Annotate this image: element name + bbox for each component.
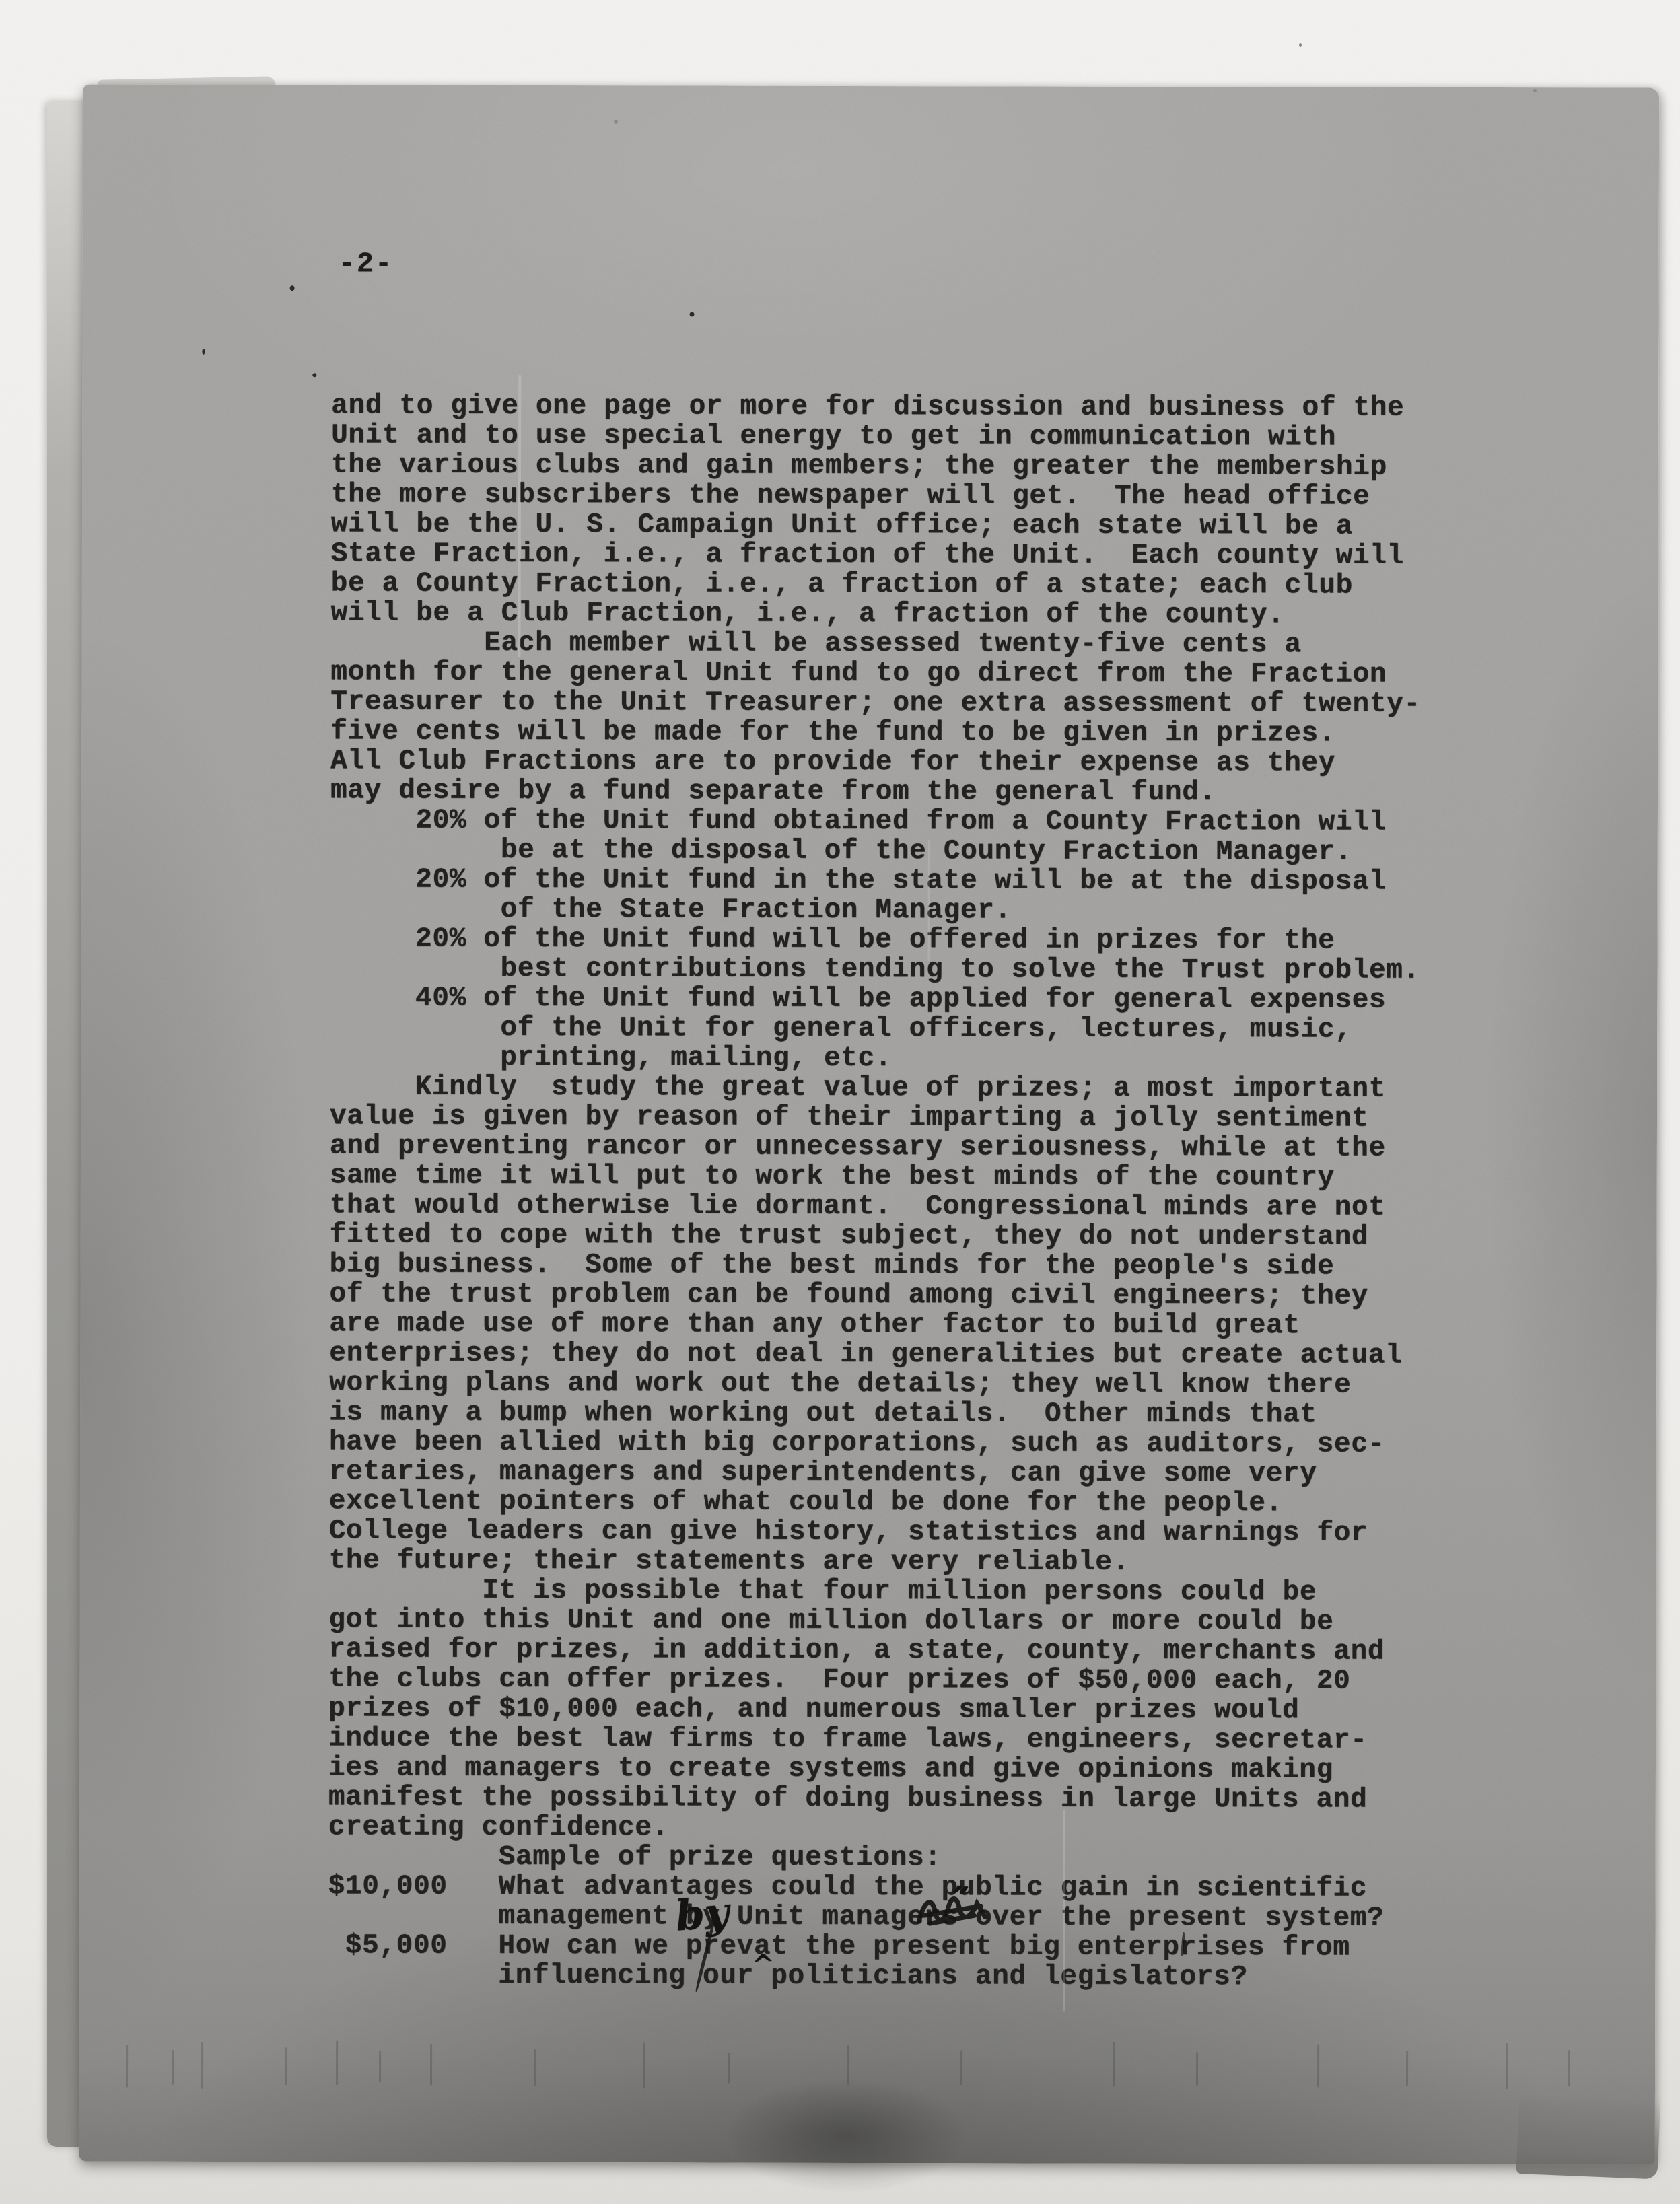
document-page: -2- and to give one page or more for dis… <box>79 85 1659 2165</box>
pencil-scratch <box>960 2050 963 2085</box>
photo-backdrop: { "document": { "page_label": "-2-", "li… <box>0 0 1680 2204</box>
typed-line: the various clubs and gain members; the … <box>331 450 1422 482</box>
typed-line: Treasurer to the Unit Treasurer; one ext… <box>330 687 1421 719</box>
dust-speck <box>1299 43 1302 47</box>
typed-line: raised for prizes, in addition, a state,… <box>328 1635 1419 1666</box>
pencil-scratch <box>172 2050 174 2085</box>
typed-line: be a County Fraction, i.e., a fraction o… <box>331 569 1422 600</box>
typed-line: fitted to cope with the trust subject, t… <box>330 1220 1420 1252</box>
page-bottom-curl <box>1516 2093 1661 2179</box>
page-number: -2- <box>339 248 394 280</box>
pencil-scratch <box>643 2042 645 2088</box>
typed-line: Each member will be assessed twenty-five… <box>330 628 1421 660</box>
pencil-scratch <box>285 2047 287 2085</box>
typed-line: manifest the possibility of doing busine… <box>328 1783 1419 1814</box>
typed-line: $5,000 How can we prevat the present big… <box>328 1931 1418 1962</box>
typed-line: State Fraction, i.e., a fraction of the … <box>331 539 1422 571</box>
pencil-scratch <box>534 2049 536 2086</box>
typed-line: best contributions tending to solve the … <box>330 954 1420 985</box>
ink-speck <box>202 349 205 355</box>
exposure-smudge <box>725 2078 967 2193</box>
typed-line: of the State Fraction Manager. <box>330 894 1421 926</box>
typed-line: creating confidence. <box>328 1812 1419 1844</box>
typed-line: 40% of the Unit fund will be applied for… <box>330 983 1420 1015</box>
typed-line: Sample of prize questions: <box>328 1842 1419 1874</box>
typed-line: printing, mailing, etc. <box>330 1042 1420 1074</box>
typed-line: the future; their statements are very re… <box>329 1546 1420 1577</box>
typed-line: may desire by a fund separate from the g… <box>330 776 1421 808</box>
typed-line: is many a bump when working out details.… <box>329 1398 1420 1429</box>
pen-caret-mark: ^ <box>752 1948 775 1981</box>
pen-scribble-mark <box>915 1886 1002 1933</box>
ink-speck <box>290 285 295 291</box>
typed-line: It is possible that four million persons… <box>329 1575 1420 1607</box>
pencil-scratch <box>126 2045 128 2088</box>
typed-line: big business. Some of the best minds for… <box>330 1250 1420 1281</box>
typed-line: will be a Club Fraction, i.e., a fractio… <box>331 598 1422 630</box>
typed-line: induce the best law firms to frame laws,… <box>328 1723 1419 1755</box>
ink-speck <box>312 373 316 377</box>
typed-line: value is given by reason of their impart… <box>330 1102 1420 1133</box>
typed-line: $10,000 What advantages could the public… <box>328 1872 1419 1903</box>
typed-line: that would otherwise lie dormant. Congre… <box>330 1190 1420 1222</box>
typed-line: month for the general Unit fund to go di… <box>330 657 1421 689</box>
typed-line: the more subscribers the newspaper will … <box>331 480 1422 511</box>
typed-line: have been allied with big corporations, … <box>329 1427 1420 1459</box>
typed-line: excellent pointers of what could be done… <box>329 1487 1420 1518</box>
typed-line: be at the disposal of the County Fractio… <box>330 835 1421 867</box>
typed-line: College leaders can give history, statis… <box>329 1516 1420 1548</box>
typed-line: of the trust problem can be found among … <box>329 1279 1420 1311</box>
dust-speck <box>1533 89 1537 92</box>
typed-body: and to give one page or more for discuss… <box>328 391 1421 1992</box>
pencil-scratch <box>847 2045 849 2085</box>
pencil-scratch <box>379 2050 381 2082</box>
pencil-scratch <box>728 2053 730 2084</box>
pencil-scratch <box>1406 2051 1408 2086</box>
typed-line: 20% of the Unit fund will be offered in … <box>330 924 1421 956</box>
typed-line: 20% of the Unit fund in the state will b… <box>330 865 1421 896</box>
typed-line: are made use of more than any other fact… <box>329 1309 1420 1341</box>
typed-line: working plans and work out the details; … <box>329 1368 1420 1400</box>
film-scratch <box>1063 1810 1065 2012</box>
typed-line: enterprises; they do not deal in general… <box>329 1339 1420 1370</box>
typed-line: 20% of the Unit fund obtained from a Cou… <box>330 806 1421 837</box>
pencil-scratch <box>336 2040 338 2085</box>
pencil-scratch <box>1506 2043 1508 2089</box>
pencil-scratch <box>1317 2044 1319 2087</box>
pen-insert-by: by <box>674 1887 731 1940</box>
pencil-scratch <box>430 2044 432 2086</box>
typed-line: Unit and to use special energy to get in… <box>331 421 1422 452</box>
typed-line: management by Unit managers over the pre… <box>328 1901 1418 1933</box>
typed-line: of the Unit for general officers, lectur… <box>330 1013 1420 1044</box>
typed-line: prizes of $10,000 each, and numerous sma… <box>328 1694 1419 1726</box>
typed-line: and preventing rancor or unnecessary ser… <box>330 1131 1420 1163</box>
pencil-scratch <box>1568 2050 1570 2086</box>
typed-line: five cents will be made for the fund to … <box>330 717 1421 748</box>
typed-line: Kindly study the great value of prizes; … <box>330 1072 1420 1104</box>
typed-line: influencing our politicians and legislat… <box>328 1960 1418 1992</box>
dust-speck <box>614 120 618 124</box>
typed-line: the clubs can offer prizes. Four prizes … <box>328 1664 1419 1696</box>
film-scratch <box>928 840 930 961</box>
ink-speck <box>690 312 695 316</box>
pencil-scratch <box>1196 2052 1198 2086</box>
pencil-scratch <box>1113 2042 1115 2087</box>
pencil-scratch <box>201 2042 203 2089</box>
typed-line: All Club Fractions are to provide for th… <box>330 746 1421 778</box>
typed-line: and to give one page or more for discuss… <box>331 391 1422 423</box>
typed-line: got into this Unit and one million dolla… <box>328 1605 1419 1637</box>
typed-line: will be the U. S. Campaign Unit office; … <box>331 509 1422 541</box>
typed-line: ies and managers to create systems and g… <box>328 1753 1419 1785</box>
typed-line: retaries, managers and superintendents, … <box>329 1457 1420 1489</box>
typed-line: same time it will put to work the best m… <box>330 1161 1420 1193</box>
